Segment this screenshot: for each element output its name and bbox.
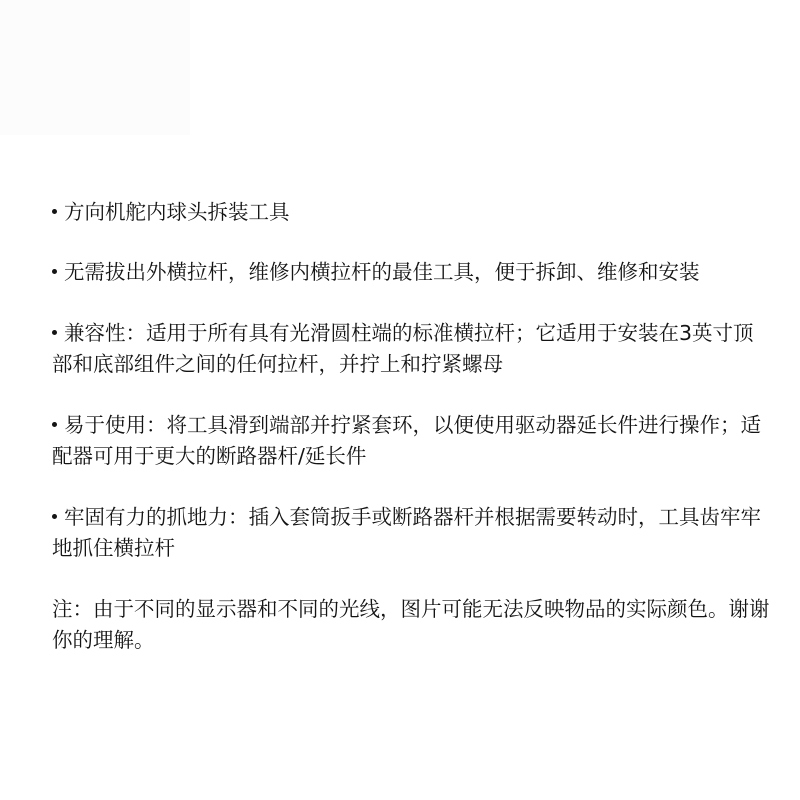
bullet-item-grip: 牢固有力的抓地力：插入套筒扳手或断路器杆并根据需要转动时，工具齿牢牢地抓住横拉杆 bbox=[52, 502, 772, 564]
bullet-text: 牢固有力的抓地力：插入套筒扳手或断路器杆并根据需要转动时，工具齿牢牢地抓住横拉杆 bbox=[52, 505, 761, 560]
bullet-item-compatibility: 兼容性：适用于所有具有光滑圆柱端的标准横拉杆；它适用于安装在3英寸顶部和底部组件… bbox=[52, 318, 772, 380]
faint-background-artifact bbox=[0, 0, 190, 135]
bullet-dot-icon bbox=[52, 502, 64, 533]
bullet-dot-icon bbox=[52, 197, 64, 228]
color-disclaimer-note: 注：由于不同的显示器和不同的光线，图片可能无法反映物品的实际颜色。谢谢你的理解。 bbox=[52, 594, 772, 656]
product-description: 方向机舵内球头拆装工具 无需拔出外横拉杆，维修内横拉杆的最佳工具，便于拆卸、维修… bbox=[52, 197, 772, 686]
bullet-item-product-name: 方向机舵内球头拆装工具 bbox=[52, 197, 772, 228]
bullet-dot-icon bbox=[52, 257, 64, 288]
bullet-item-ease-of-use: 易于使用：将工具滑到端部并拧紧套环，以便使用驱动器延长件进行操作；适配器可用于更… bbox=[52, 410, 772, 472]
bullet-text: 方向机舵内球头拆装工具 bbox=[64, 200, 290, 224]
bullet-dot-icon bbox=[52, 410, 64, 441]
bullet-dot-icon bbox=[52, 318, 64, 349]
bullet-text: 易于使用：将工具滑到端部并拧紧套环，以便使用驱动器延长件进行操作；适配器可用于更… bbox=[52, 413, 761, 468]
bullet-item-advantage: 无需拔出外横拉杆，维修内横拉杆的最佳工具，便于拆卸、维修和安装 bbox=[52, 257, 772, 288]
bullet-text: 无需拔出外横拉杆，维修内横拉杆的最佳工具，便于拆卸、维修和安装 bbox=[64, 260, 700, 284]
bullet-text: 兼容性：适用于所有具有光滑圆柱端的标准横拉杆；它适用于安装在3英寸顶部和底部组件… bbox=[52, 321, 754, 376]
